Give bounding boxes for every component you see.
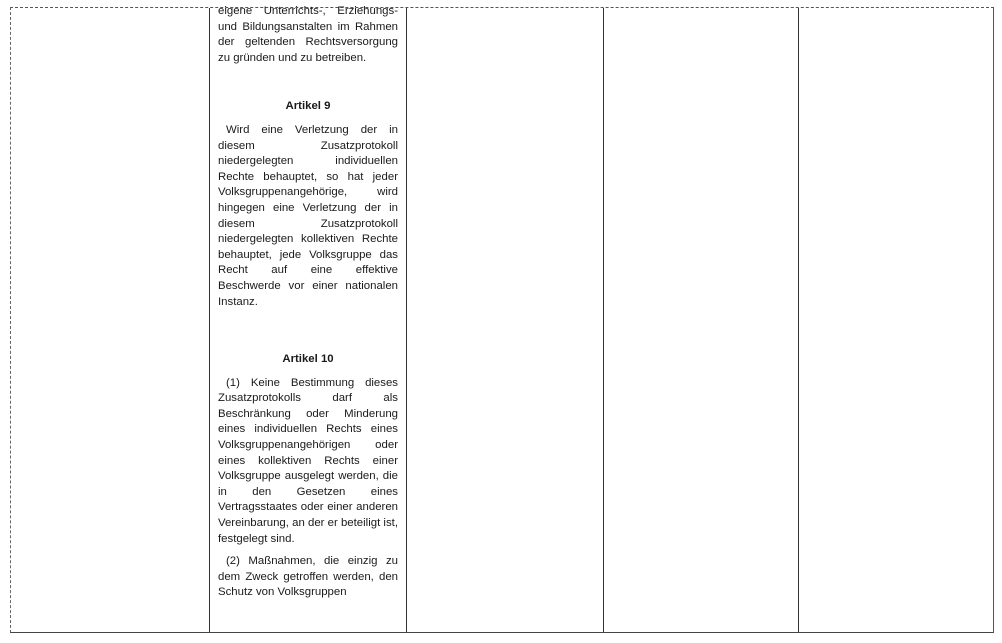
article-9-heading: Artikel 9	[218, 99, 398, 115]
table-column-5	[799, 8, 995, 632]
table-column-4	[603, 8, 799, 632]
table-column-1	[11, 8, 209, 632]
article-10-paragraph-1: (1) Keine Bestimmung dieses Zusatzprotok…	[218, 376, 398, 548]
continued-paragraph: eigene Unterrichts-, Erziehungs- und Bil…	[218, 4, 398, 66]
document-page: eigene Unterrichts-, Erziehungs- und Bil…	[0, 0, 1002, 643]
table-column-3	[407, 8, 603, 632]
comparison-table: eigene Unterrichts-, Erziehungs- und Bil…	[10, 7, 994, 633]
article-10-paragraph-2: (2) Maßnahmen, die einzig zu dem Zweck g…	[218, 554, 398, 601]
article-9-paragraph: Wird eine Verletzung der in diesem Zusat…	[218, 123, 398, 310]
table-column-2: eigene Unterrichts-, Erziehungs- und Bil…	[209, 8, 407, 632]
column-2-text: eigene Unterrichts-, Erziehungs- und Bil…	[210, 4, 406, 601]
article-10-heading: Artikel 10	[218, 352, 398, 368]
